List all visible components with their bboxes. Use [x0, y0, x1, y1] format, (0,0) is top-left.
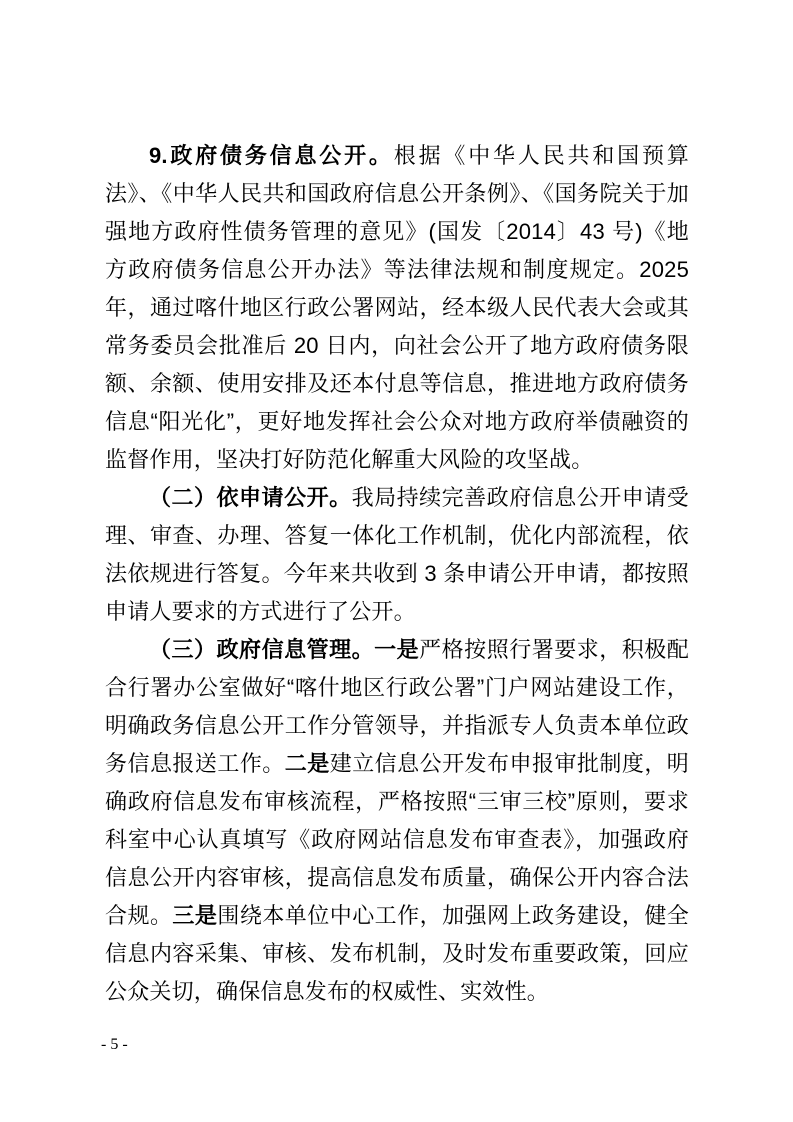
paragraph-government-information-management: （三）政府信息管理。一是严格按照行署要求，积极配合行署办公室做好“喀什地区行政公… — [105, 631, 689, 1011]
paragraph-disclosure-upon-request: （二）依申请公开。我局持续完善政府信息公开申请受理、审查、办理、答复一体化工作机… — [105, 479, 689, 631]
paragraph-lead-bold: （二）依申请公开。 — [149, 485, 352, 510]
paragraph-text: 根据《中华人民共和国预算法》、《中华人民共和国政府信息公开条例》、《国务院关于加… — [105, 143, 689, 472]
document-page: 9.政府债务信息公开。根据《中华人民共和国预算法》、《中华人民共和国政府信息公开… — [0, 0, 793, 1122]
document-body: 9.政府债务信息公开。根据《中华人民共和国预算法》、《中华人民共和国政府信息公开… — [105, 137, 689, 1011]
point-three-bold: 三是 — [172, 903, 217, 928]
paragraph-debt-information-disclosure: 9.政府债务信息公开。根据《中华人民共和国预算法》、《中华人民共和国政府信息公开… — [105, 137, 689, 479]
page-number: - 5 - — [101, 1036, 128, 1054]
paragraph-lead-bold: 9.政府债务信息公开。 — [149, 143, 394, 168]
point-two-bold: 二是 — [285, 751, 330, 776]
paragraph-text: 建立信息公开发布申报审批制度，明确政府信息发布审核流程，严格按照“三审三校”原则… — [105, 751, 689, 928]
paragraph-lead-bold: （三）政府信息管理。一是 — [149, 637, 419, 662]
